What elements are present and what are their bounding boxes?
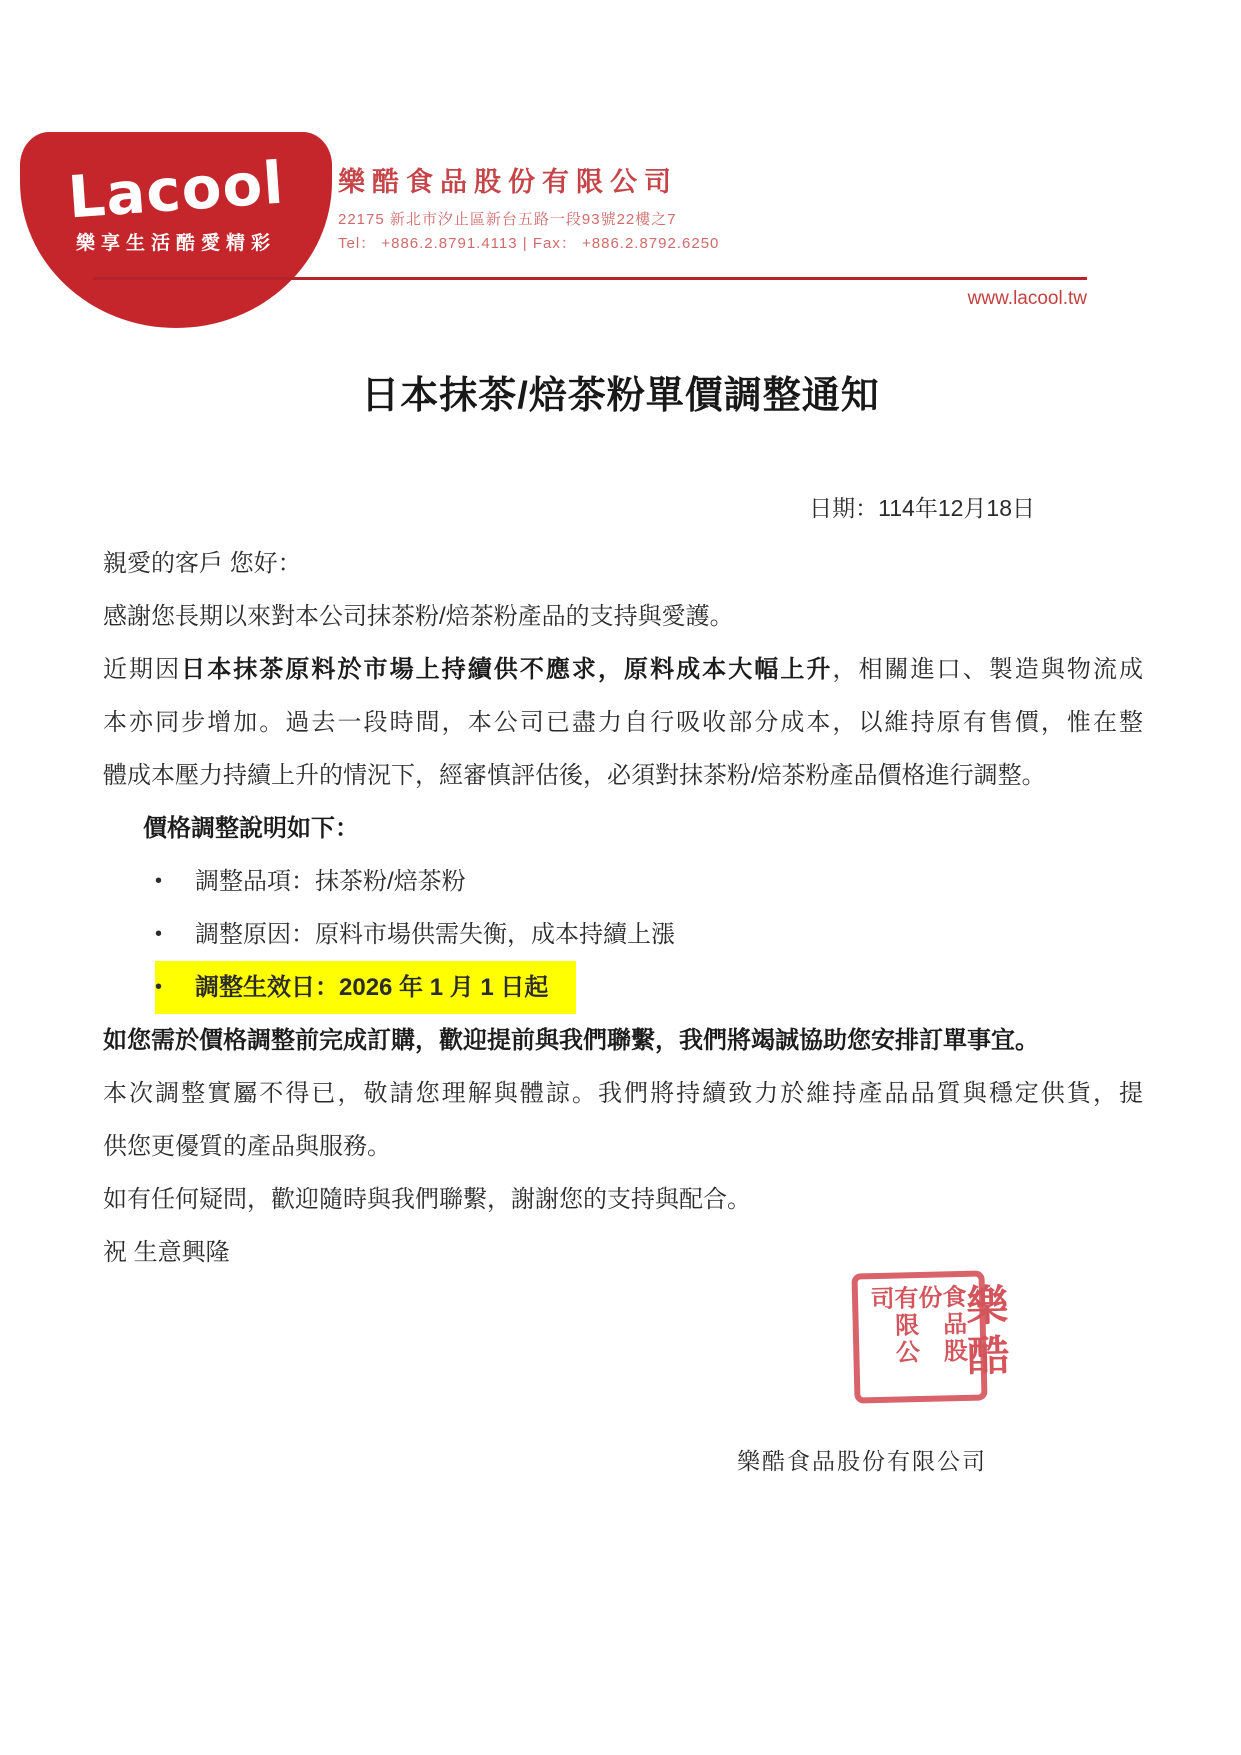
body-text-segment: 調整原因：原料市場供需失衡，成本持續上漲 xyxy=(195,921,675,948)
body-text-segment: ，相關進口、製造與物流成 xyxy=(832,656,1143,683)
body-text-segment: 本次調整實屬不得已，敬請您理解與體諒。我們將持續致力於維持產品品質與穩定供貨，提 xyxy=(103,1080,1143,1107)
body-text-segment: 親愛的客戶 您好： xyxy=(103,550,302,577)
company-header-block: 樂酷食品股份有限公司 22175 新北市汐止區新台五路一段93號22樓之7 Te… xyxy=(338,160,719,253)
body-line: 近期因日本抹茶原料於市場上持續供不應求，原料成本大幅上升，相關進口、製造與物流成 xyxy=(103,643,1143,696)
letter-page: Lacool 樂享生活酷愛精彩 樂酷食品股份有限公司 22175 新北市汐止區新… xyxy=(0,0,1241,1755)
body-text-segment: 近期因 xyxy=(103,656,181,683)
letter-date: 日期：114年12月18日 xyxy=(103,490,1035,523)
body-line: 如有任何疑問，歡迎隨時與我們聯繫，謝謝您的支持與配合。 xyxy=(103,1173,1143,1226)
stamp-column: 樂酷 xyxy=(963,1283,1008,1388)
header-divider-line xyxy=(93,277,1087,280)
body-line: 親愛的客戶 您好： xyxy=(103,537,1143,590)
body-text-segment: 本亦同步增加。過去一段時間，本公司已盡力自行吸收部分成本，以維持原有售價，惟在整 xyxy=(103,709,1143,736)
body-text-segment: 日本抹茶原料於市場上持續供不應求，原料成本大幅上升 xyxy=(181,656,832,683)
bullet-dot: • xyxy=(155,908,195,961)
bullet-dot: • xyxy=(155,961,195,1014)
stamp-column: 有限公司 xyxy=(867,1285,918,1390)
bullet-text: 調整原因：原料市場供需失衡，成本持續上漲 xyxy=(195,908,675,961)
logo-tagline: 樂享生活酷愛精彩 xyxy=(20,228,332,255)
stamp-column: 食品股份 xyxy=(915,1284,966,1389)
body-line: 體成本壓力持續上升的情況下，經審慎評估後，必須對抹茶粉/焙茶粉產品價格進行調整。 xyxy=(103,749,1143,802)
section-heading: 價格調整說明如下： xyxy=(143,802,1143,855)
body-text-segment: 如您需於價格調整前完成訂購，歡迎提前與我們聯繫，我們將竭誠協助您安排訂單事宜。 xyxy=(103,1027,1039,1054)
bullet-text: 調整生效日：2026 年 1 月 1 日起 xyxy=(195,961,548,1014)
bullet-item-highlighted: •調整生效日：2026 年 1 月 1 日起 xyxy=(155,961,576,1014)
lacool-logo: Lacool 樂享生活酷愛精彩 xyxy=(20,132,332,328)
bullet-item: •調整原因：原料市場供需失衡，成本持續上漲 xyxy=(155,908,675,961)
body-text-segment: 調整品項：抹茶粉/焙茶粉 xyxy=(195,868,466,895)
body-line: 感謝您長期以來對本公司抹茶粉/焙茶粉產品的支持與愛護。 xyxy=(103,590,1143,643)
bullet-text: 調整品項：抹茶粉/焙茶粉 xyxy=(195,855,466,908)
letter-body: 親愛的客戶 您好：感謝您長期以來對本公司抹茶粉/焙茶粉產品的支持與愛護。近期因日… xyxy=(103,537,1143,1279)
body-text-segment: 祝 生意興隆 xyxy=(103,1239,230,1266)
body-line: 本次調整實屬不得已，敬請您理解與體諒。我們將持續致力於維持產品品質與穩定供貨，提 xyxy=(103,1067,1143,1120)
bullet-item: •調整品項：抹茶粉/焙茶粉 xyxy=(155,855,466,908)
company-seal-stamp: 有限公司食品股份樂酷 xyxy=(851,1270,987,1403)
body-text-segment: 調整生效日：2026 年 1 月 1 日起 xyxy=(195,974,548,1001)
body-text-segment: 如有任何疑問，歡迎隨時與我們聯繫，謝謝您的支持與配合。 xyxy=(103,1186,751,1213)
signature-company-name: 樂酷食品股份有限公司 xyxy=(702,1443,1022,1476)
body-line: 供您更優質的產品與服務。 xyxy=(103,1120,1143,1173)
body-text-segment: 價格調整說明如下： xyxy=(143,815,359,842)
body-line: 本亦同步增加。過去一段時間，本公司已盡力自行吸收部分成本，以維持原有售價，惟在整 xyxy=(103,696,1143,749)
letter-title: 日本抹茶/焙茶粉單價調整通知 xyxy=(0,364,1241,419)
body-line: 祝 生意興隆 xyxy=(103,1226,1143,1279)
body-text-segment: 體成本壓力持續上升的情況下，經審慎評估後，必須對抹茶粉/焙茶粉產品價格進行調整。 xyxy=(103,762,1046,789)
body-text-segment: 供您更優質的產品與服務。 xyxy=(103,1133,391,1160)
logo-wordmark: Lacool xyxy=(18,145,334,235)
company-address: 22175 新北市汐止區新台五路一段93號22樓之7 xyxy=(338,208,719,229)
company-name: 樂酷食品股份有限公司 xyxy=(338,160,719,199)
company-tel-fax: Tel： +886.2.8791.4113 | Fax： +886.2.8792… xyxy=(338,232,719,253)
bullet-dot: • xyxy=(155,855,195,908)
body-text-segment: 感謝您長期以來對本公司抹茶粉/焙茶粉產品的支持與愛護。 xyxy=(103,603,734,630)
company-website: www.lacool.tw xyxy=(887,288,1087,310)
body-line: 如您需於價格調整前完成訂購，歡迎提前與我們聯繫，我們將竭誠協助您安排訂單事宜。 xyxy=(103,1014,1143,1067)
